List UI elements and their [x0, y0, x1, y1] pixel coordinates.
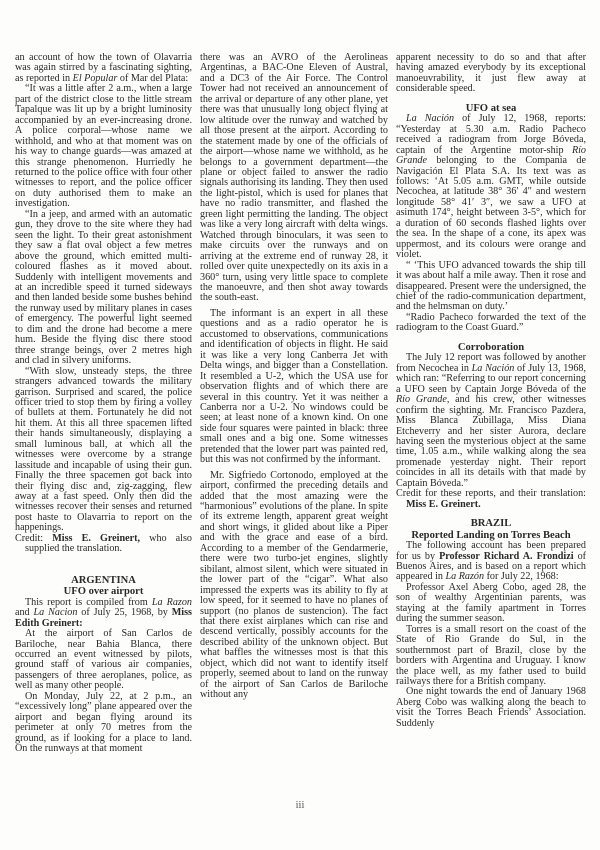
paragraph: “It was a little after 2 a.m., when a la… — [15, 84, 192, 209]
credit-line: Credit for these reports, and their tran… — [396, 489, 586, 510]
paragraph: “With slow, unsteady steps, the three st… — [15, 367, 192, 534]
paragraph-source: The following account has been prepared … — [396, 541, 586, 583]
paragraph: “In a jeep, and armed with an automatic … — [15, 210, 192, 367]
paragraph: “ ‘This UFO advanced towards the ship ti… — [396, 261, 586, 313]
paragraph: Mr. Sigfriedo Cortonodo, employed at the… — [200, 471, 388, 701]
credit-line: Credit: Miss E. Greinert, who also suppl… — [15, 534, 192, 555]
publication-name: El Popular — [73, 73, 118, 84]
paragraph: The informant is an expert in all these … — [200, 309, 388, 466]
credit-name: Miss E. Greinert, — [52, 533, 140, 544]
page-number: iii — [0, 800, 600, 811]
paragraph: Professor Axel Aberg Cobo, aged 28, the … — [396, 583, 586, 625]
paragraph: Torres is a small resort on the coast of… — [396, 625, 586, 688]
paragraph: “Radio Pacheco forwarded the text of the… — [396, 313, 586, 334]
paragraph: At the airport of San Carlos de Bariloch… — [15, 629, 192, 692]
middle-column: there was an AVRO of the Aerolineas Arge… — [200, 53, 388, 701]
paragraph-source: This report is compiled from La Razon an… — [15, 598, 192, 629]
credit-name: Miss E. Greinert. — [406, 499, 481, 510]
paragraph: there was an AVRO of the Aerolineas Arge… — [200, 53, 388, 304]
paragraph-corroboration: The July 12 report was followed by anoth… — [396, 353, 586, 489]
section-heading-brazil: BRAZIL — [396, 518, 586, 530]
paragraph: One night towards the end of January 196… — [396, 687, 586, 729]
magazine-page: an account of how the town of Olavarria … — [0, 0, 600, 850]
left-column: an account of how the town of Olavarria … — [15, 53, 192, 755]
author-name: Professor Richard A. Frondizi — [439, 551, 573, 562]
paragraph: On Monday, July 22, at 2 p.m., an “exces… — [15, 692, 192, 755]
section-heading-argentina: ARGENTINA — [15, 575, 192, 587]
paragraph: apparent necessity to do so and that aft… — [396, 53, 586, 95]
right-column: apparent necessity to do so and that aft… — [396, 53, 586, 729]
paragraph-radiogram: La Nación of July 12, 1968, reports: “Ye… — [396, 114, 586, 260]
paragraph-olavarria-intro: an account of how the town of Olavarria … — [15, 53, 192, 84]
